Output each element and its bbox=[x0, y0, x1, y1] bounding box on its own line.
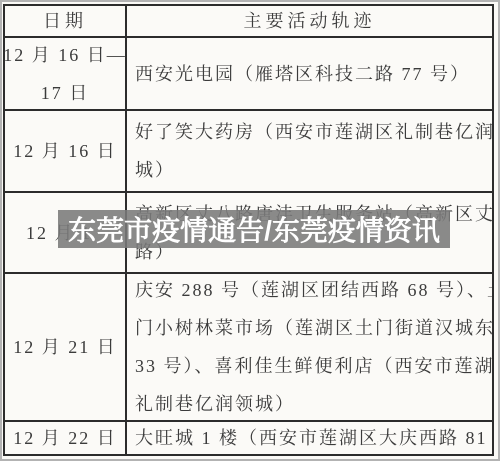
date-cell: 12 月 16 日—17 日 bbox=[5, 38, 125, 109]
watermark-label: 东莞市疫情通告/东莞疫情资讯 bbox=[68, 209, 440, 249]
date-cell: 12 月 16 日 bbox=[5, 111, 125, 191]
table-header-row: 日期 主要活动轨迹 bbox=[5, 6, 492, 36]
watermark-banner: 东莞市疫情通告/东莞疫情资讯 bbox=[58, 210, 450, 248]
track-line: 城） bbox=[135, 151, 488, 189]
track-line: 礼制巷亿润领城） bbox=[135, 385, 488, 420]
date-line: 12 月 21 日 bbox=[13, 328, 117, 366]
track-line: 33 号）、喜利佳生鲜便利店（西安市莲湖区 bbox=[135, 347, 488, 385]
track-line: 大旺城 1 楼（西安市莲湖区大庆西路 81 号） bbox=[135, 422, 488, 454]
track-line: 西安光电园（雁塔区科技二路 77 号） bbox=[135, 55, 488, 93]
table-row: 12 月 21 日庆安 288 号（莲湖区团结西路 68 号）、土门小树林菜市场… bbox=[5, 272, 492, 420]
date-cell: 12 月 21 日 bbox=[5, 274, 125, 420]
table-row: 12 月 22 日大旺城 1 楼（西安市莲湖区大庆西路 81 号） bbox=[5, 420, 492, 454]
header-date-label: 日期 bbox=[43, 7, 87, 35]
header-track-label: 主要活动轨迹 bbox=[244, 7, 376, 35]
track-line: 好了笑大药房（西安市莲湖区礼制巷亿润领 bbox=[135, 113, 488, 151]
track-cell: 大旺城 1 楼（西安市莲湖区大庆西路 81 号） bbox=[125, 422, 492, 454]
header-date-cell: 日期 bbox=[5, 6, 125, 36]
table-row: 12 月 16 日好了笑大药房（西安市莲湖区礼制巷亿润领城） bbox=[5, 109, 492, 191]
track-cell: 西安光电园（雁塔区科技二路 77 号） bbox=[125, 38, 492, 109]
screenshot-root: 日期 主要活动轨迹 12 月 16 日—17 日西安光电园（雁塔区科技二路 77… bbox=[0, 0, 500, 461]
date-line: 12 月 22 日 bbox=[13, 419, 117, 457]
track-line: 门小树林菜市场（莲湖区土门街道汉城东路 bbox=[135, 309, 488, 347]
track-line: 庆安 288 号（莲湖区团结西路 68 号）、土 bbox=[135, 274, 488, 309]
date-line: 12 月 16 日— bbox=[3, 36, 127, 74]
track-cell: 好了笑大药房（西安市莲湖区礼制巷亿润领城） bbox=[125, 111, 492, 191]
date-line: 12 月 16 日 bbox=[13, 132, 117, 170]
track-cell: 庆安 288 号（莲湖区团结西路 68 号）、土门小树林菜市场（莲湖区土门街道汉… bbox=[125, 274, 492, 420]
header-track-cell: 主要活动轨迹 bbox=[125, 6, 492, 36]
table-row: 12 月 16 日—17 日西安光电园（雁塔区科技二路 77 号） bbox=[5, 36, 492, 109]
date-cell: 12 月 22 日 bbox=[5, 422, 125, 454]
date-line: 17 日 bbox=[41, 74, 90, 112]
